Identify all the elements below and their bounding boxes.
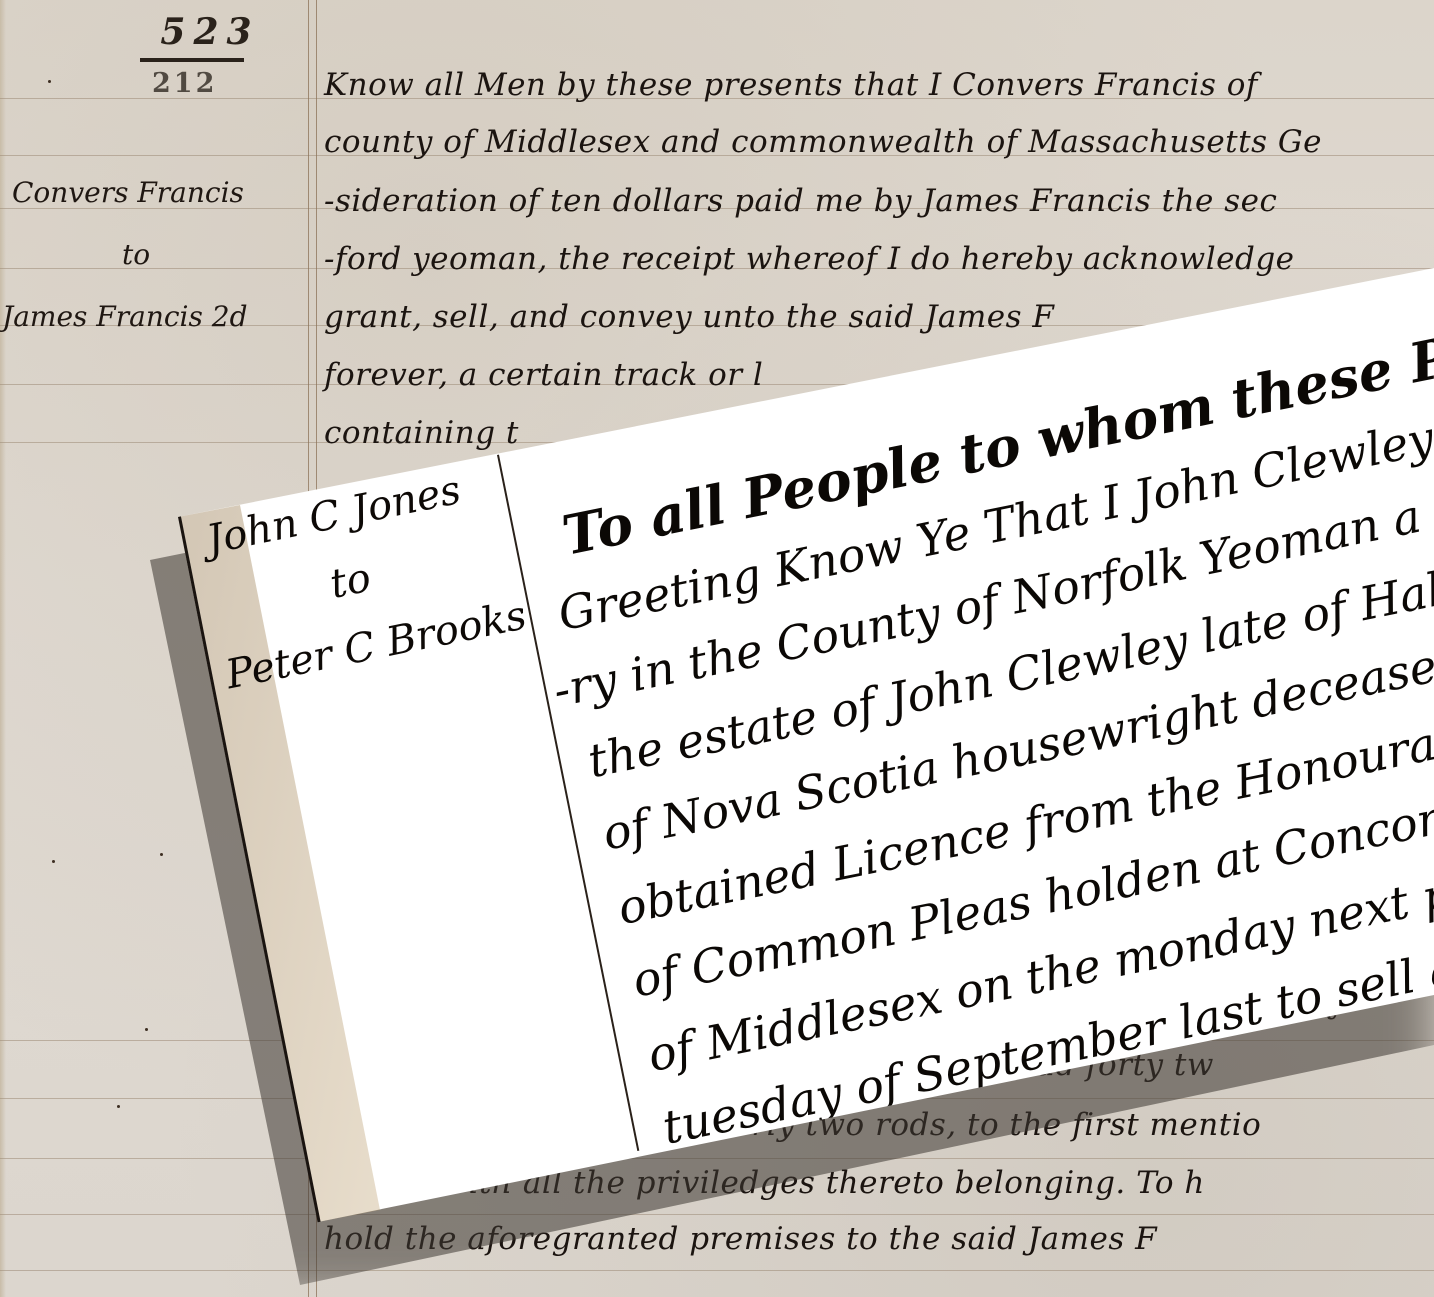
sub-number: 212 (152, 68, 280, 99)
ink-speck (160, 853, 163, 856)
ruled-line (0, 1270, 1434, 1271)
deed-line: containing t (324, 404, 519, 463)
folio-divider (140, 58, 244, 62)
deed-line: grant, sell, and convey unto the said Ja… (324, 288, 1054, 347)
ink-speck (117, 1105, 120, 1108)
deed-line: -sideration of ten dollars paid me by Ja… (324, 172, 1277, 231)
deed-line: forever, a certain track or l (324, 346, 763, 405)
deed-line: county of Middlesex and commonwealth of … (324, 113, 1322, 172)
grantor-name: Convers Francis (12, 176, 244, 209)
grantee-name: Peter C Brooks (222, 592, 530, 698)
connector-to: to (122, 238, 150, 271)
grantee-name: James Francis 2d (2, 300, 248, 333)
folio-number: 523 212 (140, 10, 280, 99)
ink-speck (145, 1028, 148, 1031)
page-edge (0, 0, 6, 1297)
ink-speck (52, 860, 55, 863)
ink-speck (48, 80, 51, 83)
page-number: 523 (140, 10, 280, 54)
connector-to: to (326, 555, 375, 608)
deed-line: Know all Men by these presents that I Co… (324, 56, 1258, 115)
deed-line: -ford yeoman, the receipt whereof I do h… (324, 230, 1295, 289)
